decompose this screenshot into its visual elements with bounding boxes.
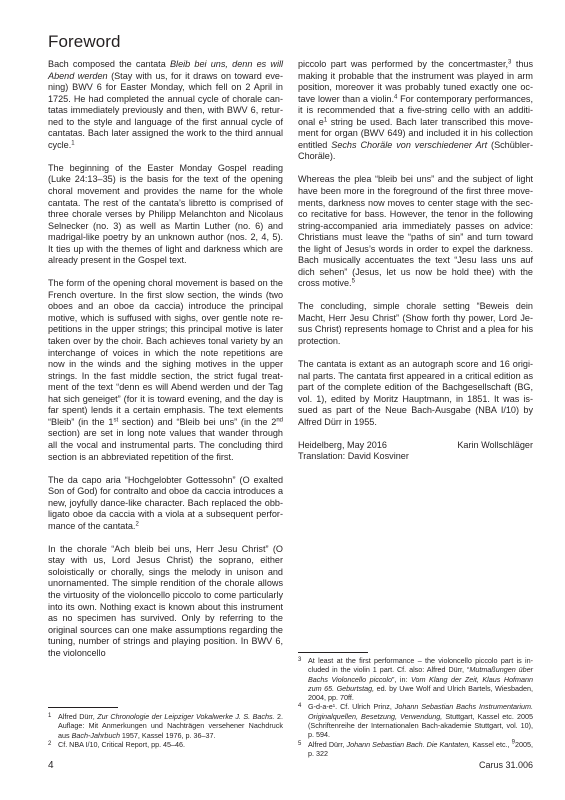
- footnote-number: 5: [298, 740, 308, 759]
- paragraph-chorale: In the chorale “Ach bleib bei uns, Herr …: [48, 544, 283, 659]
- book-title: Zur Chronologie der Leipziger Vokalwerke…: [97, 712, 274, 721]
- footnote-number: 1: [48, 712, 58, 740]
- footnote-ref[interactable]: 1: [71, 140, 74, 146]
- text: G-d-a-e¹. Cf. Ulrich Prinz,: [308, 702, 395, 711]
- author-name: Karin Wollschläger: [457, 440, 533, 452]
- paragraph-aria: The da capo aria “Hochgelobter Gottessoh…: [48, 475, 283, 533]
- paragraph-sources: The cantata is extant as an autograph sc…: [298, 359, 533, 428]
- place-date: Heidelberg, May 2016: [298, 440, 387, 452]
- paragraph-opening-movement: The form of the opening choral movement …: [48, 278, 283, 463]
- text: Kassel etc.,: [470, 740, 511, 749]
- catalog-number: Carus 31.006: [479, 760, 533, 770]
- footnotes-right: 3 At least at the first performance – th…: [298, 656, 533, 758]
- text: The form of the opening choral movement …: [48, 278, 283, 427]
- left-column: Bach composed the cantata Bleib bei uns,…: [48, 59, 283, 671]
- paragraph-darkness: Whereas the plea “bleib bei uns” and the…: [298, 174, 533, 289]
- paragraph-concluding-chorale: The concluding, simple chorale setting “…: [298, 301, 533, 347]
- book-title: Johann Sebastian Bach. Die Kantaten,: [347, 740, 471, 749]
- text: Alfred Dürr,: [308, 740, 347, 749]
- footnote-5: 5 Alfred Dürr, Johann Sebastian Bach. Di…: [298, 740, 533, 759]
- translation-credit: Translation: David Kosviner: [298, 451, 533, 463]
- footnote-2: 2 Cf. NBA I/10, Critical Report, pp. 45–…: [48, 740, 283, 749]
- text: section) are set in long note values tha…: [48, 428, 283, 461]
- footnote-ref[interactable]: 5: [352, 279, 355, 285]
- text: Bach composed the cantata: [48, 59, 170, 69]
- footnote-3: 3 At least at the first performance – th…: [298, 656, 533, 702]
- footnote-4: 4 G-d-a-e¹. Cf. Ulrich Prinz, Johann Seb…: [298, 702, 533, 739]
- paragraph-gospel: The beginning of the Easter Monday Gospe…: [48, 163, 283, 267]
- footnote-text: At least at the first performance – the …: [308, 656, 533, 702]
- collection-title: Sechs Choräle von verschiedener Art: [331, 140, 487, 150]
- page-number: 4: [48, 760, 54, 771]
- text: The da capo aria “Hochgelobter Gottessoh…: [48, 475, 283, 531]
- footnote-text: Cf. NBA I/10, Critical Report, pp. 45–46…: [58, 740, 283, 749]
- paragraph-violoncello: piccolo part was performed by the concer…: [298, 59, 533, 163]
- text: Alfred Dürr,: [58, 712, 97, 721]
- page-title: Foreword: [48, 32, 121, 52]
- footnote-ref[interactable]: 2: [135, 521, 138, 527]
- footnotes-left: 1 Alfred Dürr, Zur Chronologie der Leipz…: [48, 712, 283, 749]
- text: section) and “Bleib bei uns” (in the 2: [118, 417, 276, 427]
- paragraph-composition: Bach composed the cantata Bleib bei uns,…: [48, 59, 283, 151]
- footnote-number: 4: [298, 702, 308, 739]
- footnote-text: G-d-a-e¹. Cf. Ulrich Prinz, Johann Sebas…: [308, 702, 533, 739]
- footnote-number: 3: [298, 656, 308, 702]
- text: Whereas the plea “bleib bei uns” and the…: [298, 174, 533, 288]
- footnote-divider-right: [298, 652, 368, 653]
- signature-row: Heidelberg, May 2016 Karin Wollschläger: [298, 440, 533, 452]
- right-column: piccolo part was performed by the concer…: [298, 59, 533, 463]
- footnote-divider-left: [48, 707, 118, 708]
- text: piccolo part was performed by the concer…: [298, 59, 508, 69]
- footnote-1: 1 Alfred Dürr, Zur Chronologie der Leipz…: [48, 712, 283, 740]
- text: (Stay with us, for it draws on toward ev…: [48, 71, 283, 150]
- text: 1957, Kassel 1976, p. 36–37.: [120, 731, 216, 740]
- footnote-number: 2: [48, 740, 58, 749]
- text: ”, in:: [392, 675, 411, 684]
- ordinal-suffix: nd: [276, 417, 283, 423]
- footnote-text: Alfred Dürr, Johann Sebastian Bach. Die …: [308, 740, 533, 759]
- journal-title: Bach-Jahrbuch: [72, 731, 120, 740]
- footnote-text: Alfred Dürr, Zur Chronologie der Leipzig…: [58, 712, 283, 740]
